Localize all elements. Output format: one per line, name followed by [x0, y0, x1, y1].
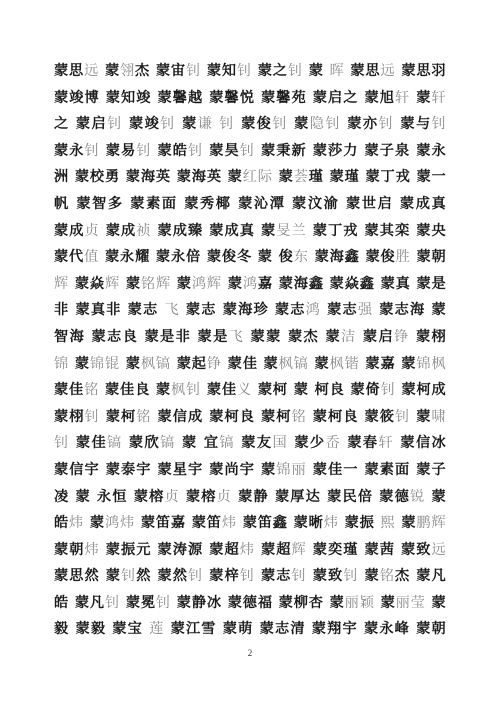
text-segment: 蒙柯 蒙 柯良 蒙倚 — [252, 382, 381, 398]
text-segment: 蒙代 — [54, 249, 84, 265]
text-segment-light: 钊 — [188, 568, 203, 584]
text-segment-light: 钊 — [105, 595, 120, 611]
text-line: 蒙佳铭 蒙佳良 蒙枫钊 蒙佳义 蒙柯 蒙 柯良 蒙倚钊 蒙柯成 — [54, 377, 446, 404]
text-segment-light: 铭辉 — [141, 276, 171, 292]
text-segment-light: 啸 — [431, 409, 446, 425]
text-segment-light: 远 — [431, 542, 446, 558]
text-segment-light: 枫钊 — [171, 382, 201, 398]
text-segment-light: 贞 — [217, 489, 232, 505]
text-line: 蒙朝炜 蒙振元 蒙涛源 蒙超炜 蒙超辉 蒙奕瑾 蒙茜 蒙致远 — [54, 537, 446, 564]
text-line: 钊 蒙佳镐 蒙欣镐 蒙 宜镐 蒙友国 蒙少岙 蒙春轩 蒙信冰 — [54, 430, 446, 457]
text-segment: 蒙 — [69, 356, 90, 372]
text-segment-light: 钊 — [160, 116, 176, 132]
text-segment-light: 炜 — [324, 515, 339, 531]
text-segment: 蒙笛嘉 蒙笛 — [135, 515, 222, 531]
text-segment-light: 铭 — [291, 409, 306, 425]
text-segment: 蒙 — [426, 595, 446, 611]
text-segment-light: 铭 — [380, 568, 395, 584]
text-line: 皓炜 蒙鸿炜 蒙笛嘉 蒙笛炜 蒙笛鑫 蒙晰炜 蒙振 熙 蒙鹏辉 — [54, 510, 446, 537]
text-segment: 蒙 — [273, 169, 294, 185]
text-segment-light: 轩 — [379, 435, 395, 451]
text-segment-light: 镐 — [107, 435, 123, 451]
text-segment: 蒙 — [309, 356, 330, 372]
text-segment: 蒙柯成 — [396, 382, 446, 398]
text-line: 非 蒙真非 蒙志 飞 蒙志 蒙海珍 蒙志鸿 蒙志强 蒙志海 蒙 — [54, 297, 446, 324]
text-line: 蒙竣博 蒙知竣 蒙馨越 蒙馨悦 蒙馨苑 蒙启之 蒙旭轩 蒙轩 — [54, 85, 446, 112]
text-segment: 蒙佳良 蒙 — [99, 382, 171, 398]
text-segment: 蒙振元 蒙涛源 蒙超 — [100, 542, 240, 558]
text-segment-light: 枫镐 — [279, 356, 309, 372]
text-segment: 蒙栩 — [54, 409, 85, 425]
text-segment: 蒙易 — [100, 143, 137, 159]
text-segment: 凌 蒙 永恒 蒙榕 — [54, 489, 164, 505]
text-segment-light: 飞 — [164, 302, 179, 318]
text-segment: 蒙友 — [235, 435, 272, 451]
text-segment: 蒙海鑫 蒙俊 — [309, 249, 396, 265]
text-segment: 蒙皓 — [152, 143, 189, 159]
text-segment: 蒙 — [120, 276, 141, 292]
text-segment: 瑾 蒙瑾 蒙丁戎 蒙一 — [309, 169, 446, 185]
text-segment-light: 义 — [237, 382, 252, 398]
text-line: 之 蒙启钊 蒙竣钊 蒙谦 钊 蒙俊钊 蒙隐钊 蒙亦钊 蒙与钊 — [54, 111, 446, 138]
text-segment: 杰 蒙凡 — [395, 568, 446, 584]
text-segment-light: 胜 — [396, 249, 411, 265]
text-segment-light: 丽莹 — [396, 595, 426, 611]
text-segment-light: 铭 — [136, 409, 151, 425]
text-segment-light: 钊 — [85, 409, 100, 425]
text-segment-light: 东 — [294, 249, 309, 265]
text-segment-light: 鸿辉 — [192, 276, 222, 292]
text-segment-light: 荟 — [294, 169, 309, 185]
text-segment: 蒙欣 — [123, 435, 160, 451]
text-segment-light: 钊 — [432, 116, 446, 132]
page-number: 2 — [0, 648, 500, 658]
text-segment-light: 钊 — [85, 143, 100, 159]
text-segment-light: 锦 — [54, 356, 69, 372]
text-segment: 蒙佳 — [201, 382, 237, 398]
text-segment: 蒙笛鑫 蒙晰 — [237, 515, 324, 531]
text-segment-light: 钊 — [240, 143, 255, 159]
text-segment: 蒙榕 — [180, 489, 217, 505]
text-segment: 蒙佳 — [70, 435, 107, 451]
text-segment-light: 鸿 — [243, 276, 258, 292]
text-segment: 蒙成 — [54, 223, 85, 239]
text-segment-light: 远 — [380, 63, 395, 79]
text-segment: 蒙少 — [288, 435, 325, 451]
text-segment-light: 钊 — [378, 116, 394, 132]
text-segment: 蒙启 — [357, 329, 394, 345]
text-segment: 蒙 — [99, 63, 120, 79]
text-segment: 蒙超 — [255, 542, 292, 558]
text-segment: 蒙朝 — [54, 542, 85, 558]
text-segment: 嘉 蒙海鑫 蒙焱鑫 蒙真 蒙是 — [258, 276, 446, 292]
text-segment: 蒙 — [375, 595, 396, 611]
text-segment: 蒙信冰 — [394, 435, 446, 451]
text-segment: 蒙春 — [341, 435, 378, 451]
text-segment-light: 钊 — [188, 143, 203, 159]
text-segment-light: 锦丽 — [276, 462, 307, 478]
text-segment: 皓 — [54, 515, 69, 531]
text-line: 皓 蒙凡钊 蒙冕钊 蒙静冰 蒙德福 蒙柳杏 蒙丽颖 蒙丽莹 蒙 — [54, 590, 446, 617]
text-segment: 皓 蒙凡 — [54, 595, 105, 611]
text-segment-light: 锐 — [410, 489, 425, 505]
text-segment-light: 钊 — [107, 116, 123, 132]
text-segment: 蒙 — [84, 515, 105, 531]
text-segment: 蒙思 — [345, 63, 381, 79]
text-segment: 之 蒙启 — [54, 116, 107, 132]
text-segment-light: 钊 — [288, 63, 303, 79]
text-segment-light: 鸿 — [306, 302, 321, 318]
text-segment: 蒙亦 — [341, 116, 379, 132]
text-segment: 蒙静冰 蒙德福 蒙柳杏 蒙 — [171, 595, 345, 611]
text-segment-light: 轩 — [431, 90, 446, 106]
text-segment: 蒙永耀 蒙永倍 蒙俊冬 蒙 俊 — [99, 249, 294, 265]
text-line: 蒙永钊 蒙易钊 蒙皓钊 蒙昊钊 蒙秉新 蒙莎力 蒙子泉 蒙永 — [54, 138, 446, 165]
text-segment: 蒙秉新 蒙莎力 蒙子泉 蒙永 — [255, 143, 446, 159]
text-segment: 智海 蒙志良 蒙是非 蒙是 — [54, 329, 229, 345]
text-segment: 蒙 — [176, 116, 198, 132]
text-segment: 蒙佳一 蒙素面 蒙子 — [307, 462, 446, 478]
text-segment-light: 旻兰 — [276, 223, 307, 239]
text-segment-light: 岙 — [325, 435, 341, 451]
text-segment-light: 轩 — [395, 90, 410, 106]
text-segment-light: 隐钊 — [310, 116, 341, 132]
text-segment-light: 钊 — [121, 568, 136, 584]
text-segment-light: 钊 — [240, 568, 255, 584]
text-segment: 蒙佳 蒙 — [222, 356, 279, 372]
text-segment-light: 锦枫 — [416, 356, 446, 372]
text-segment-light: 钊 — [343, 568, 358, 584]
text-segment: 蒙与 — [394, 116, 432, 132]
text-line: 蒙思远 蒙翎杰 蒙宙钊 蒙知钊 蒙之钊 蒙 晖 蒙思远 蒙思羽 — [54, 58, 446, 85]
text-segment: 蒙 — [303, 63, 330, 79]
text-segment: 蒙 — [410, 409, 431, 425]
text-segment-light: 镐 — [160, 435, 176, 451]
text-line: 蒙代值 蒙永耀 蒙永倍 蒙俊冬 蒙 俊东 蒙海鑫 蒙俊胜 蒙朝 — [54, 244, 446, 271]
text-segment: 蒙柯良 蒙筱 — [307, 409, 395, 425]
text-segment: 蒙志 蒙海珍 蒙志 — [180, 302, 306, 318]
text-segment-light: 国 — [272, 435, 288, 451]
text-line: 蒙成贞 蒙成祯 蒙成臻 蒙成真 蒙旻兰 蒙丁戎 蒙其栾 蒙央 — [54, 218, 446, 245]
text-segment-light: 飞 — [229, 329, 245, 345]
text-line: 辉 蒙焱辉 蒙铭辉 蒙鸿辉 蒙鸿嘉 蒙海鑫 蒙焱鑫 蒙真 蒙是 — [54, 271, 446, 298]
text-line: 蒙思然 蒙钊然 蒙然钊 蒙梓钊 蒙志钊 蒙致钊 蒙铭杰 蒙凡 — [54, 563, 446, 590]
text-segment: 蒙 — [425, 489, 446, 505]
text-segment: 蒙蒙 蒙杰 蒙 — [244, 329, 341, 345]
text-segment-light: 镐 — [219, 435, 235, 451]
text-segment: 蒙 — [358, 568, 379, 584]
text-segment-light: 钊 — [237, 63, 252, 79]
text-segment-light: 炜 — [222, 515, 237, 531]
text-segment-light: 辉 — [105, 276, 120, 292]
text-segment: 蒙佳 — [54, 382, 84, 398]
text-segment: 蒙知 — [201, 63, 237, 79]
text-line: 蒙信宇 蒙泰宇 蒙星宇 蒙尚宇 蒙锦丽 蒙佳一 蒙素面 蒙子 — [54, 457, 446, 484]
text-segment-light: 枫锴 — [330, 356, 360, 372]
text-segment-light: 洁 — [341, 329, 357, 345]
text-segment-light: 鸿炜 — [105, 515, 135, 531]
text-segment: 非 蒙真非 蒙志 — [54, 302, 164, 318]
text-segment-light: 钊 — [186, 63, 201, 79]
text-segment: 蒙成臻 蒙成真 蒙 — [152, 223, 277, 239]
text-segment: 蒙丁戎 蒙其栾 蒙央 — [307, 223, 446, 239]
text-segment: 蒙竣博 蒙知竣 蒙馨越 蒙馨悦 蒙馨苑 蒙启之 蒙旭 — [54, 90, 395, 106]
text-segment: 蒙朝 — [411, 249, 446, 265]
text-segment: 蒙信成 蒙柯良 蒙柯 — [152, 409, 292, 425]
text-segment: 蒙起 — [171, 356, 207, 372]
text-segment: 然 蒙然 — [136, 568, 188, 584]
text-line: 洲 蒙校勇 蒙海英 蒙海英 蒙红际 蒙荟瑾 蒙瑾 蒙丁戎 蒙一 — [54, 164, 446, 191]
text-segment: 蒙柯 — [100, 409, 137, 425]
text-segment-light: 晖 — [330, 63, 345, 79]
text-segment-light: 钊 — [395, 409, 410, 425]
text-line: 毅 蒙毅 蒙宝 莲 蒙江雪 蒙萌 蒙志清 蒙翔宇 蒙永峰 蒙朝 — [54, 616, 446, 643]
text-segment-light: 鹏辉 — [416, 515, 446, 531]
text-segment-light: 锦锟 — [90, 356, 120, 372]
text-segment-light: 贞 — [164, 489, 179, 505]
text-segment: 蒙志 — [321, 302, 358, 318]
text-segment-light: 炜 — [69, 515, 84, 531]
text-segment: 蒙昊 — [203, 143, 240, 159]
document-page: 蒙思远 蒙翎杰 蒙宙钊 蒙知钊 蒙之钊 蒙 晖 蒙思远 蒙思羽蒙竣博 蒙知竣 蒙… — [0, 0, 500, 706]
text-segment-light: 谦 钊 — [198, 116, 235, 132]
text-segment-light: 祯 — [136, 223, 151, 239]
text-segment-light: 炜 — [240, 542, 255, 558]
text-segment: 蒙栩 — [410, 329, 446, 345]
text-segment-light: 红际 — [243, 169, 273, 185]
text-segment: 毅 蒙毅 蒙宝 — [54, 621, 149, 637]
text-segment-light: 莲 — [149, 621, 164, 637]
text-line: 蒙栩钊 蒙柯铭 蒙信成 蒙柯良 蒙柯铭 蒙柯良 蒙筱钊 蒙啸 — [54, 404, 446, 431]
text-segment-light: 铮 — [207, 356, 222, 372]
text-segment: 蒙思然 蒙 — [54, 568, 121, 584]
text-segment: 蒙信宇 蒙泰宇 蒙星宇 蒙尚宇 蒙 — [54, 462, 276, 478]
text-segment: 蒙江雪 蒙萌 蒙志清 蒙翔宇 蒙永峰 蒙朝 — [164, 621, 446, 637]
text-segment: 杰 蒙宙 — [135, 63, 186, 79]
text-segment: 蒙 — [171, 276, 192, 292]
text-segment: 蒙竣 — [123, 116, 161, 132]
text-segment: 蒙冕 — [120, 595, 156, 611]
text-segment: 洲 蒙校勇 蒙海英 蒙海英 蒙 — [54, 169, 243, 185]
text-segment-light: 贞 — [85, 223, 100, 239]
text-line: 凌 蒙 永恒 蒙榕贞 蒙榕贞 蒙静 蒙厚达 蒙民倍 蒙德锐 蒙 — [54, 484, 446, 511]
name-list-text: 蒙思远 蒙翎杰 蒙宙钊 蒙知钊 蒙之钊 蒙 晖 蒙思远 蒙思羽蒙竣博 蒙知竣 蒙… — [54, 58, 446, 643]
text-segment: 蒙成 — [100, 223, 137, 239]
text-segment-light: 熙 — [380, 515, 395, 531]
text-line: 锦 蒙锦锟 蒙枫镐 蒙起铮 蒙佳 蒙枫镐 蒙枫锴 蒙嘉 蒙锦枫 — [54, 351, 446, 378]
text-segment: 蒙致 — [307, 568, 344, 584]
text-segment-light: 钊 — [272, 116, 288, 132]
text-segment-light: 辉 — [291, 542, 306, 558]
text-line: 帆 蒙智多 蒙素面 蒙秀椰 蒙沁潭 蒙汶渝 蒙世启 蒙成真 — [54, 191, 446, 218]
text-segment-light: 钊 — [54, 435, 70, 451]
text-segment: 蒙 — [120, 356, 141, 372]
text-segment-light: 钊 — [381, 382, 396, 398]
text-segment: 蒙奕瑾 蒙茜 蒙致 — [307, 542, 432, 558]
text-segment-light: 枫镐 — [141, 356, 171, 372]
text-line: 智海 蒙志良 蒙是非 蒙是飞 蒙蒙 蒙杰 蒙洁 蒙启铮 蒙栩 — [54, 324, 446, 351]
text-segment: 蒙俊 — [235, 116, 273, 132]
text-segment: 帆 蒙智多 蒙素面 蒙秀椰 蒙沁潭 蒙汶渝 蒙世启 蒙成真 — [54, 196, 446, 212]
text-segment-light: 值 — [84, 249, 99, 265]
text-segment: 蒙静 蒙厚达 蒙民倍 蒙德 — [232, 489, 410, 505]
text-segment-light: 翎 — [120, 63, 135, 79]
text-segment: 蒙梓 — [203, 568, 240, 584]
text-segment: 蒙之 — [252, 63, 288, 79]
text-segment: 蒙 — [222, 276, 243, 292]
text-segment-light: 钊 — [136, 143, 151, 159]
text-segment: 蒙 — [288, 116, 310, 132]
text-segment-light: 炜 — [85, 542, 100, 558]
text-segment: 蒙振 — [339, 515, 381, 531]
text-segment-light: 铮 — [394, 329, 410, 345]
text-segment-light: 铭 — [84, 382, 99, 398]
text-segment-light: 丽颖 — [345, 595, 375, 611]
text-segment: 蒙 — [410, 90, 431, 106]
text-segment: 蒙思羽 — [396, 63, 446, 79]
text-segment-light: 强 — [358, 302, 373, 318]
text-segment: 蒙焱 — [69, 276, 105, 292]
text-segment: 蒙思 — [54, 63, 84, 79]
text-segment: 蒙志 — [255, 568, 292, 584]
text-segment: 蒙嘉 蒙 — [360, 356, 417, 372]
text-segment-light: 钊 — [156, 595, 171, 611]
text-segment: 蒙永 — [54, 143, 85, 159]
text-segment: 蒙志海 蒙 — [373, 302, 446, 318]
text-segment-light: 远 — [84, 63, 99, 79]
text-segment-light: 辉 — [54, 276, 69, 292]
text-segment: 蒙 宜 — [176, 435, 220, 451]
text-segment-light: 钊 — [291, 568, 306, 584]
text-segment: 蒙 — [396, 515, 417, 531]
